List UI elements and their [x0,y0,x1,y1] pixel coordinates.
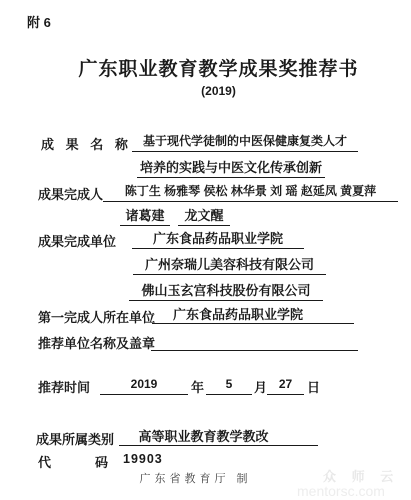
completing-unit-1: 广东食品药品职业学院 [132,229,304,249]
field-label-recommending-unit: 推荐单位名称及盖章 [38,333,155,352]
recommend-time-day-suffix: 日 [307,377,320,396]
completing-unit-3: 佛山玉玄宫科技股份有限公司 [129,281,323,301]
achievers-line1: 陈丁生 杨雅琴 侯松 林华景 刘 瑶 赵延凤 黄夏萍 [103,182,398,202]
recommend-time-day: 27 [267,375,304,395]
field-label-category: 成果所属类别 [36,429,114,448]
field-label-achievers: 成果完成人 [38,184,103,203]
code-value: 19903 [123,452,163,466]
recommend-time-year: 2019 [100,375,188,395]
field-label-code-part2: 码 [95,452,108,471]
achievers-line2-name2: 龙文醒 [178,206,230,226]
recommend-time-year-suffix: 年 [191,377,204,396]
recommend-time-month: 5 [206,375,252,395]
field-label-recommend-time: 推荐时间 [38,377,90,396]
field-label-completing-units: 成果完成单位 [38,231,116,250]
first-achiever-unit-value: 广东食品药品职业学院 [152,305,354,324]
achievers-line2-name1: 诸葛建 [120,206,170,226]
recommending-unit-value [151,331,358,351]
completing-unit-2: 广州奈瑞儿美容科技有限公司 [133,255,326,275]
field-label-achievement-name: 成 果 名 称 [41,134,128,153]
recommend-time-month-suffix: 月 [254,377,267,396]
field-label-code-part1: 代 [38,452,51,471]
watermark-site: mentorsc.com [297,483,385,499]
achievement-name-line1: 基于现代学徒制的中医保健康复类人才 [132,132,358,152]
achievement-name-line2: 培养的实践与中医文化传承创新 [137,158,325,178]
document-page: 附 6 广东职业教育教学成果奖推荐书 (2019) 成 果 名 称 基于现代学徒… [0,0,411,500]
field-label-first-achiever-unit: 第一完成人所在单位 [38,307,155,326]
title-year: (2019) [26,84,411,98]
attachment-label: 附 6 [27,12,51,31]
category-value: 高等职业教育教学教改 [119,427,318,446]
page-title: 广东职业教育教学成果奖推荐书 [26,54,411,81]
